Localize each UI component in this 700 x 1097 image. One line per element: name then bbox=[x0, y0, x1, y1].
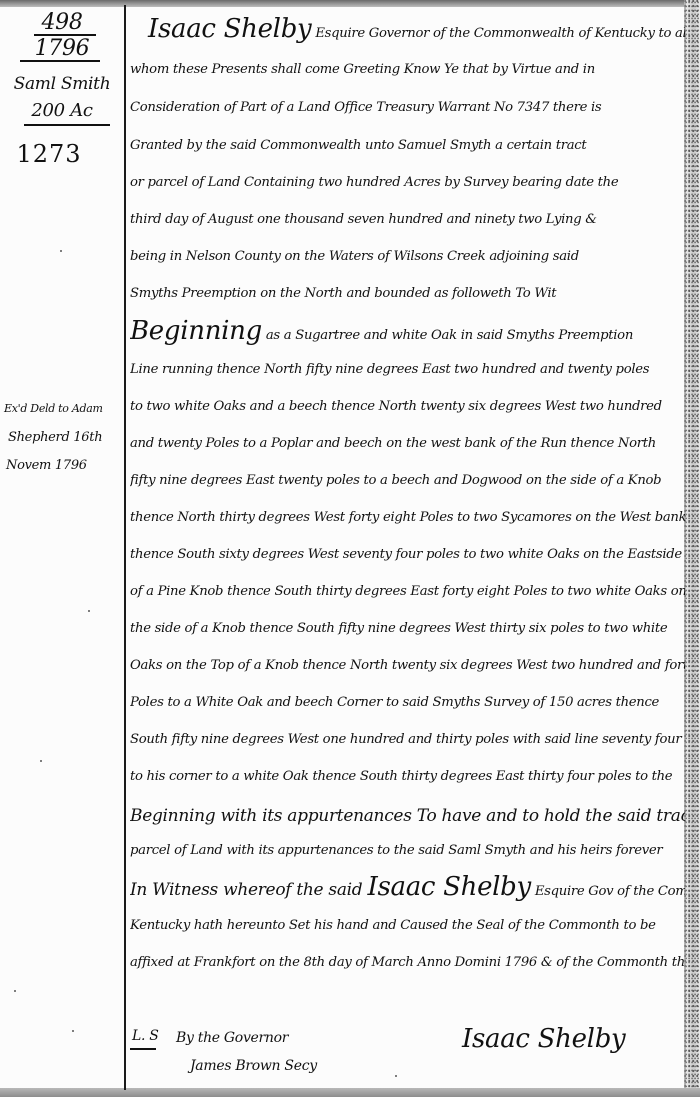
governor-signature: Isaac Shelby bbox=[462, 1024, 625, 1054]
by-the-governor: By the Governor bbox=[176, 1030, 288, 1046]
scan-right-edge bbox=[684, 0, 700, 1097]
beginning-heading: Beginning bbox=[130, 316, 262, 346]
body-line-26: affixed at Frankfort on the 8th day of M… bbox=[130, 955, 685, 970]
delivery-note-line2: Shepherd 16th bbox=[8, 430, 132, 445]
body-line-2: whom these Presents shall come Greeting … bbox=[130, 62, 685, 77]
body-line-18: Oaks on the Top of a Knob thence North t… bbox=[130, 658, 685, 673]
body-line-10: Line running thence North fifty nine deg… bbox=[130, 362, 685, 377]
scan-speck bbox=[395, 1075, 397, 1077]
body-line-6: third day of August one thousand seven h… bbox=[130, 212, 685, 227]
seal-rule bbox=[130, 1048, 156, 1050]
scan-speck bbox=[72, 1030, 74, 1032]
body-line-22: Beginning with its appurtenances To have… bbox=[130, 806, 685, 826]
body-line-9: Beginning as a Sugartree and white Oak i… bbox=[130, 316, 685, 346]
body-line-13: fifty nine degrees East twenty poles to … bbox=[130, 473, 685, 488]
scan-top-edge bbox=[0, 0, 700, 7]
scan-speck bbox=[88, 610, 90, 612]
body-line-20: South fifty nine degrees West one hundre… bbox=[130, 732, 685, 747]
margin-rule-3 bbox=[24, 124, 110, 126]
scan-speck bbox=[610, 330, 612, 332]
body-line-15: thence South sixty degrees West seventy … bbox=[130, 547, 685, 562]
body-line-19: Poles to a White Oak and beech Corner to… bbox=[130, 695, 685, 710]
scan-speck bbox=[60, 250, 62, 252]
acreage: 200 Ac bbox=[0, 100, 124, 121]
body-line-1: Isaac Shelby Esquire Governor of the Com… bbox=[130, 14, 685, 44]
seal-mark: L. S bbox=[132, 1028, 159, 1044]
scan-bottom-edge bbox=[0, 1088, 700, 1097]
body-line-12: and twenty Poles to a Poplar and beech o… bbox=[130, 436, 685, 451]
grant-year: 1796 bbox=[0, 36, 124, 61]
body-line-8: Smyths Preemption on the North and bound… bbox=[130, 286, 685, 301]
governor-name-repeat: Isaac Shelby bbox=[367, 872, 530, 902]
document-page: 498 1796 Saml Smith 200 Ac 1273 Ex'd Del… bbox=[0, 0, 700, 1097]
body-line-4: Granted by the said Commonwealth unto Sa… bbox=[130, 138, 685, 153]
body-line-17: the side of a Knob thence South fifty ni… bbox=[130, 621, 685, 636]
scan-speck bbox=[14, 990, 16, 992]
body-line-7: being in Nelson County on the Waters of … bbox=[130, 249, 685, 264]
record-number: 1273 bbox=[4, 140, 94, 168]
delivery-note-line1: Ex'd Deld to Adam bbox=[4, 402, 128, 415]
body-line-23: parcel of Land with its appurtenances to… bbox=[130, 843, 685, 858]
grant-number: 498 bbox=[0, 10, 124, 35]
margin-rule bbox=[124, 5, 126, 1090]
scan-speck bbox=[40, 760, 42, 762]
governor-name: Isaac Shelby bbox=[148, 14, 311, 44]
grantee-abbrev: Saml Smith bbox=[0, 74, 124, 94]
body-line-16: of a Pine Knob thence South thirty degre… bbox=[130, 584, 685, 599]
body-line-3: Consideration of Part of a Land Office T… bbox=[130, 100, 685, 115]
margin-rule-2 bbox=[20, 60, 100, 62]
body-line-11: to two white Oaks and a beech thence Nor… bbox=[130, 399, 685, 414]
body-line-14: thence North thirty degrees West forty e… bbox=[130, 510, 685, 525]
secretary-signature: James Brown Secy bbox=[190, 1058, 317, 1074]
body-line-25: Kentucky hath hereunto Set his hand and … bbox=[130, 918, 685, 933]
body-line-24: In Witness whereof the said Isaac Shelby… bbox=[130, 872, 685, 902]
body-line-5: or parcel of Land Containing two hundred… bbox=[130, 175, 685, 190]
delivery-note-line3: Novem 1796 bbox=[6, 458, 130, 473]
body-line-21: to his corner to a white Oak thence Sout… bbox=[130, 769, 685, 784]
